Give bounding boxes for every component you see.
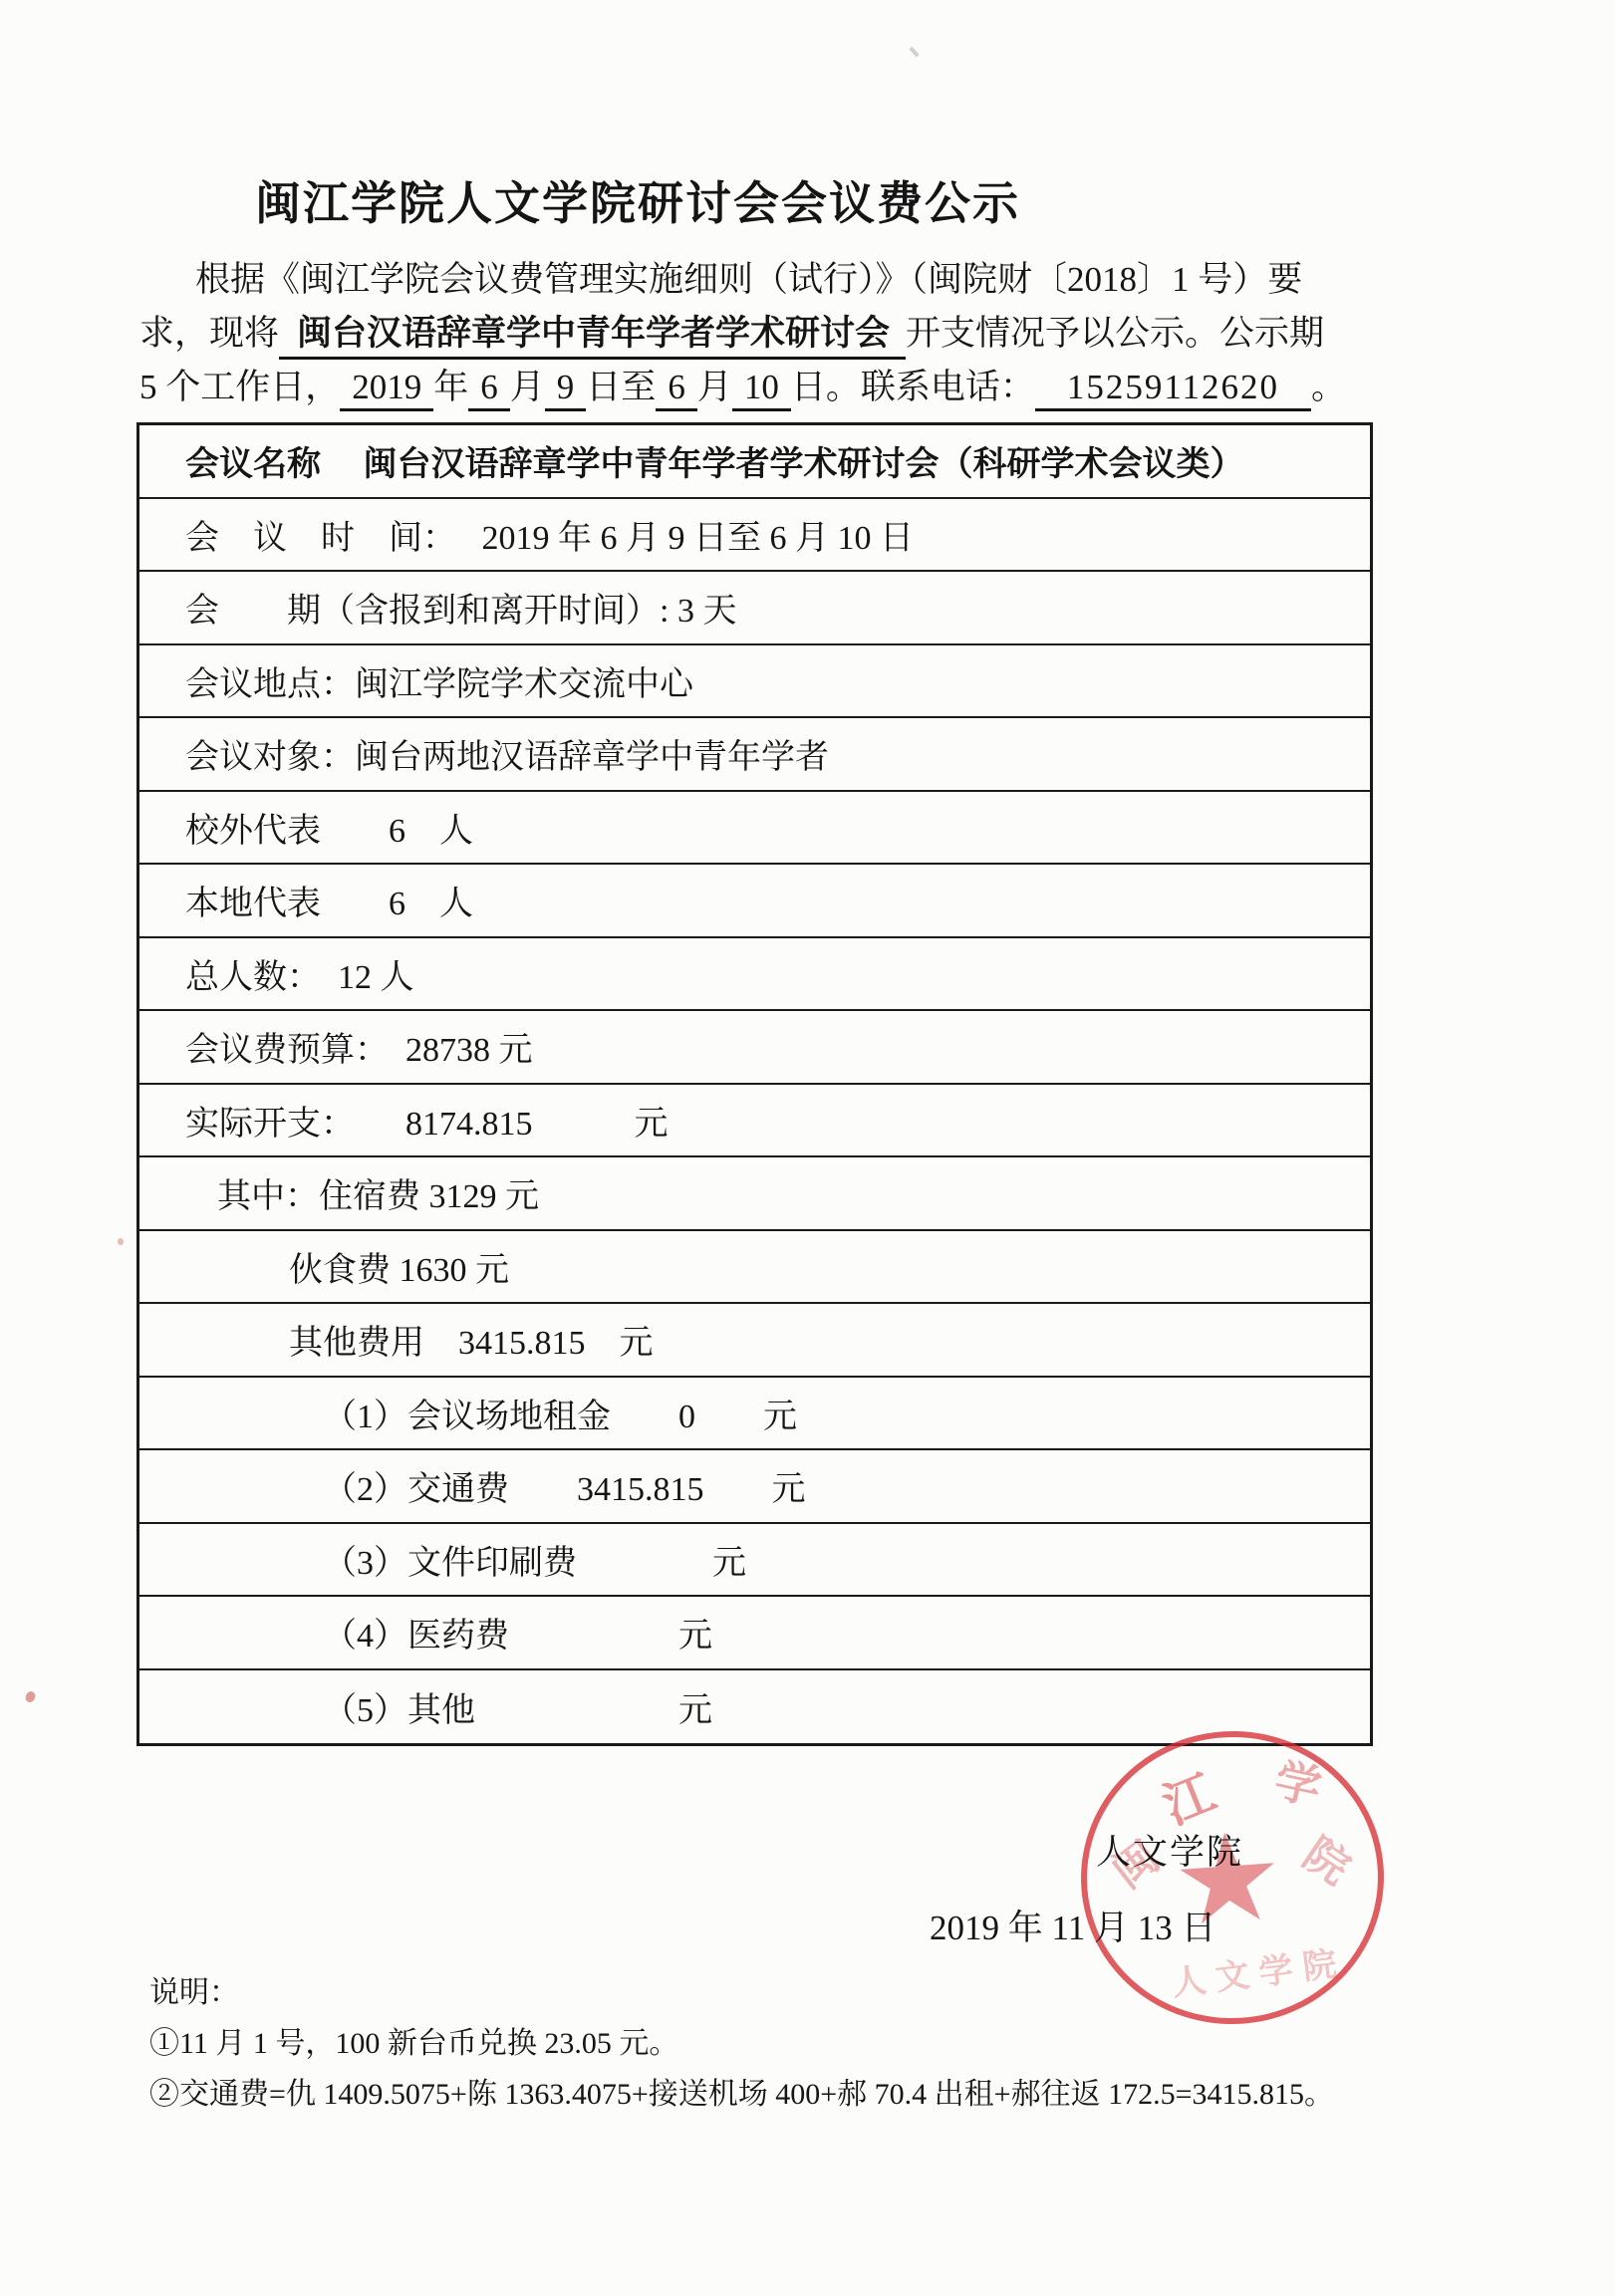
intro-line-2-pre: 求，现将 <box>139 314 279 353</box>
table-row-venue-rent: （1）会议场地租金 0 元 <box>139 1378 1370 1451</box>
row-text: 实际开支： 8174.815 元 <box>185 1096 669 1145</box>
row-text: 会议费预算： 28738 元 <box>185 1022 533 1071</box>
intro-line-2-post: 开支情况予以公示。公示期 <box>906 314 1324 353</box>
year-char: 年 <box>433 368 468 406</box>
scanned-document-page: 闽江学院人文学院研讨会会议费公示 根据《闽江学院会议费管理实施细则（试行）》（闽… <box>0 0 1615 2296</box>
footnotes: 说明： ①11 月 1 号，100 新台币兑换 23.05 元。 ②交通费=仇 … <box>149 1967 1564 2120</box>
footnote-heading: 说明： <box>149 1967 1564 2018</box>
table-row-budget: 会议费预算： 28738 元 <box>139 1011 1370 1085</box>
row-text: 其中：住宿费 3129 元 <box>217 1168 539 1217</box>
row-text: 本地代表 6 人 <box>185 876 473 924</box>
table-row-local-reps: 本地代表 6 人 <box>139 865 1370 938</box>
publicity-month1-underlined: 6 <box>468 368 510 411</box>
row-text: 会 期（含报到和离开时间）: 3 天 <box>185 583 736 632</box>
row-text: （1）会议场地租金 0 元 <box>323 1389 797 1437</box>
table-row-meal-fee: 伙食费 1630 元 <box>139 1231 1370 1305</box>
document-title: 闽江学院人文学院研讨会会议费公示 <box>0 167 1275 233</box>
month-char-2: 月 <box>697 368 732 406</box>
table-row-external-reps: 校外代表 6 人 <box>139 792 1370 866</box>
table-row-transport-fee: （2）交通费 3415.815 元 <box>139 1450 1370 1524</box>
table-row-other-fees: 其他费用 3415.815 元 <box>139 1304 1370 1378</box>
table-row-printing-fee: （3）文件印刷费 元 <box>139 1524 1370 1598</box>
scan-artifact <box>909 47 919 58</box>
row-text: 伙食费 1630 元 <box>289 1242 509 1291</box>
publicity-day2-underlined: 10 <box>732 368 791 411</box>
intro-paragraph: 根据《闽江学院会议费管理实施细则（试行）》（闽院财〔2018〕1 号）要 求，现… <box>139 253 1494 414</box>
conference-name-underlined: 闽台汉语辞章学中青年学者学术研讨会 <box>279 314 906 360</box>
stamp-arc-char: 学 <box>1269 1744 1328 1818</box>
row-text: （5）其他 元 <box>323 1682 712 1731</box>
table-row-attendees: 会议对象：闽台两地汉语辞章学中青年学者 <box>139 718 1370 792</box>
row-text: （3）文件印刷费 元 <box>323 1535 746 1584</box>
table-row-total-people: 总人数： 12 人 <box>139 938 1370 1012</box>
row-text: （2）交通费 3415.815 元 <box>323 1461 806 1510</box>
row-text: 其他费用 3415.815 元 <box>289 1315 654 1364</box>
footnote-item-1: ①11 月 1 号，100 新台币兑换 23.05 元。 <box>149 2018 1564 2069</box>
table-row-medical-fee: （4）医药费 元 <box>139 1597 1370 1670</box>
scan-artifact <box>24 1690 37 1704</box>
phone-number-underlined: 15259112620 <box>1035 368 1311 411</box>
footnote-item-2: ②交通费=仇 1409.5075+陈 1363.4075+接送机场 400+郝 … <box>149 2069 1564 2120</box>
to-chars: 日至 <box>586 368 656 406</box>
signature-date: 2019 年 11 月 13 日 <box>930 1901 1215 1950</box>
intro-line-3: 5 个工作日，2019年6月9日至6月10日。联系电话：15259112620。 <box>139 361 1494 414</box>
table-row-actual-expense: 实际开支： 8174.815 元 <box>139 1085 1370 1158</box>
contact-label: 日。联系电话： <box>791 368 1035 406</box>
scan-artifact <box>118 1238 124 1245</box>
table-row-duration: 会 期（含报到和离开时间）: 3 天 <box>139 572 1370 645</box>
stamp-arc-char: 院 <box>1293 1819 1365 1897</box>
row-text: 会 议 时 间： 2019 年 6 月 9 日至 6 月 10 日 <box>185 510 914 559</box>
intro-line-1-text: 根据《闽江学院会议费管理实施细则（试行）》（闽院财〔2018〕1 号）要 <box>195 260 1302 299</box>
table-row-location: 会议地点：闽江学院学术交流中心 <box>139 645 1370 719</box>
signature-organization: 人文学院 <box>1096 1825 1243 1875</box>
conference-fee-table: 会议名称 闽台汉语辞章学中青年学者学术研讨会（科研学术会议类） 会 议 时 间：… <box>136 422 1373 1746</box>
publicity-month2-underlined: 6 <box>656 368 697 411</box>
table-row-lodging-fee: 其中：住宿费 3129 元 <box>139 1157 1370 1231</box>
table-row-meeting-name: 会议名称 闽台汉语辞章学中青年学者学术研讨会（科研学术会议类） <box>139 425 1370 499</box>
row-text: 会议名称 闽台汉语辞章学中青年学者学术研讨会（科研学术会议类） <box>185 436 1244 485</box>
intro-line-2: 求，现将闽台汉语辞章学中青年学者学术研讨会开支情况予以公示。公示期 <box>139 307 1494 361</box>
publicity-year-underlined: 2019 <box>340 368 433 411</box>
row-text: 会议对象：闽台两地汉语辞章学中青年学者 <box>185 729 829 778</box>
row-text: 总人数： 12 人 <box>185 949 414 998</box>
period-char: 。 <box>1311 368 1346 406</box>
row-text: 校外代表 6 人 <box>185 803 473 852</box>
table-row-misc-fee: （5）其他 元 <box>139 1670 1370 1744</box>
publicity-day1-underlined: 9 <box>545 368 587 411</box>
row-text: 会议地点：闽江学院学术交流中心 <box>185 656 693 705</box>
month-char-1: 月 <box>510 368 545 406</box>
intro-line-3-pre: 5 个工作日， <box>139 368 340 406</box>
table-row-meeting-time: 会 议 时 间： 2019 年 6 月 9 日至 6 月 10 日 <box>139 499 1370 573</box>
intro-line-1: 根据《闽江学院会议费管理实施细则（试行）》（闽院财〔2018〕1 号）要 <box>139 253 1494 307</box>
row-text: （4）医药费 元 <box>323 1608 712 1657</box>
